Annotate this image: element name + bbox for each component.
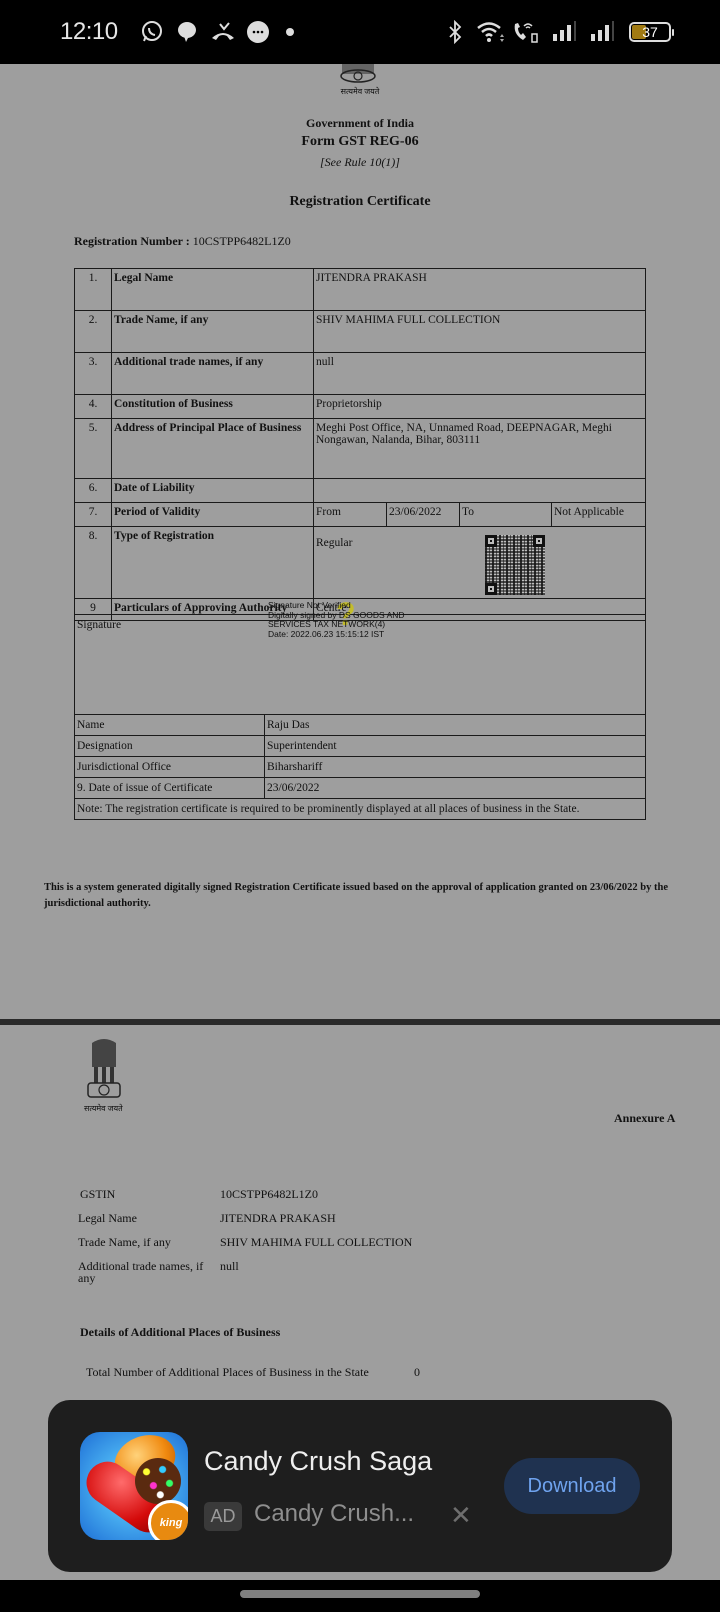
sign-key: 9. Date of issue of Certificate xyxy=(75,778,265,799)
row-value: Proprietorship xyxy=(314,395,646,419)
validity-from: 23/06/2022 xyxy=(387,503,460,527)
battery-level: 37 xyxy=(642,24,658,40)
row-number: 1. xyxy=(75,269,112,311)
row-value xyxy=(314,479,646,503)
candy-crush-app-icon[interactable]: king xyxy=(80,1432,188,1540)
annexure-label: Annexure A xyxy=(614,1111,675,1126)
table-row: Note: The registration certificate is re… xyxy=(75,799,646,820)
sign-value: Superintendent xyxy=(265,736,646,757)
clock: 12:10 xyxy=(60,18,118,46)
qr-finder xyxy=(485,535,497,547)
field-value: SHIV MAHIMA FULL COLLECTION xyxy=(220,1235,412,1250)
row-number: 3. xyxy=(75,353,112,395)
download-button[interactable]: Download xyxy=(504,1458,640,1514)
close-icon[interactable]: ✕ xyxy=(450,1500,472,1530)
table-row: 6. Date of Liability xyxy=(75,479,646,503)
row-value: JITENDRA PRAKASH xyxy=(314,269,646,311)
ad-subtitle: Candy Crush... xyxy=(254,1500,414,1528)
table-row: 5. Address of Principal Place of Busines… xyxy=(75,419,646,479)
table-row: 9. Date of issue of Certificate 23/06/20… xyxy=(75,778,646,799)
signature-date: Date: 2022.06.23 15:15:12 IST xyxy=(268,630,405,640)
table-row: Jurisdictional Office Biharshariff xyxy=(75,757,646,778)
registration-number: Registration Number : 10CSTPP6482L1Z0 xyxy=(74,234,291,249)
row-number: 6. xyxy=(75,479,112,503)
row-number: 2. xyxy=(75,311,112,353)
row-label: Additional trade names, if any xyxy=(112,353,314,395)
national-emblem-icon xyxy=(82,1037,126,1101)
dot-icon xyxy=(286,28,294,36)
row-label: Constitution of Business xyxy=(112,395,314,419)
bluetooth-icon xyxy=(448,20,462,44)
table-row: 8. Type of Registration Regular xyxy=(75,527,646,599)
qr-code xyxy=(485,535,545,595)
certificate-title: Registration Certificate xyxy=(0,194,720,210)
field-value: null xyxy=(220,1260,239,1272)
form-title: Form GST REG-06 xyxy=(0,134,720,150)
rule-reference: [See Rule 10(1)] xyxy=(0,155,720,170)
row-label: Date of Liability xyxy=(112,479,314,503)
sign-value: 23/06/2022 xyxy=(265,778,646,799)
qr-finder xyxy=(485,583,497,595)
wifi-icon xyxy=(476,20,506,44)
whatsapp-icon xyxy=(140,20,164,44)
emblem-caption: सत्यमेव जयते xyxy=(84,1103,123,1114)
system-generated-note: This is a system generated digitally sig… xyxy=(44,880,684,912)
row-label: Period of Validity xyxy=(112,503,314,527)
qr-finder xyxy=(533,535,545,547)
ad-banner[interactable]: king Candy Crush Saga AD Candy Crush... … xyxy=(48,1400,672,1572)
table-row: 7. Period of Validity From 23/06/2022 To… xyxy=(75,503,646,527)
field-key: Legal Name xyxy=(78,1211,218,1226)
row-value: null xyxy=(314,353,646,395)
row-label: Address of Principal Place of Business xyxy=(112,419,314,479)
certificate-table: 1. Legal Name JITENDRA PRAKASH 2. Trade … xyxy=(74,268,646,621)
home-gesture-handle[interactable] xyxy=(240,1590,480,1598)
row-label: Trade Name, if any xyxy=(112,311,314,353)
row-number: 5. xyxy=(75,419,112,479)
additional-places-heading: Details of Additional Places of Business xyxy=(80,1325,280,1340)
row-number: 7. xyxy=(75,503,112,527)
ad-app-name[interactable]: Candy Crush Saga xyxy=(204,1446,432,1477)
sign-value: Raju Das xyxy=(265,715,646,736)
candy-chocolate-icon xyxy=(135,1458,181,1504)
status-bar: 12:10 37 xyxy=(0,0,720,64)
pdf-viewer[interactable]: सत्यमेव जयते Government of India Form GS… xyxy=(0,64,720,1580)
emblem-caption: सत्यमेव जयते xyxy=(0,86,720,97)
signal-icon xyxy=(590,20,616,44)
validity-from-label: From xyxy=(314,503,387,527)
messages-icon xyxy=(246,20,270,44)
digital-signature-stamp[interactable]: Signature Not Verified Digitally signed … xyxy=(268,601,405,639)
row-label: Legal Name xyxy=(112,269,314,311)
navigation-bar xyxy=(0,1580,720,1612)
signal-icon xyxy=(552,20,578,44)
wifi-calling-icon xyxy=(512,20,542,44)
battery-indicator: 37 xyxy=(629,22,671,42)
government-heading: Government of India xyxy=(0,116,720,131)
table-row: Designation Superintendent xyxy=(75,736,646,757)
validity-to-label: To xyxy=(460,503,552,527)
field-key: GSTIN xyxy=(80,1187,220,1202)
row-number: 8. xyxy=(75,527,112,599)
field-key: Trade Name, if any xyxy=(78,1235,218,1250)
registration-number-label: Registration Number : xyxy=(74,234,190,248)
missed-call-icon xyxy=(210,20,236,44)
table-row: 1. Legal Name JITENDRA PRAKASH xyxy=(75,269,646,311)
table-row: 3. Additional trade names, if any null xyxy=(75,353,646,395)
document-page-1: सत्यमेव जयते Government of India Form GS… xyxy=(0,64,720,1020)
signature-table: Signature Name Raju Das Designation Supe… xyxy=(74,614,646,820)
additional-places-label: Total Number of Additional Places of Bus… xyxy=(86,1365,369,1380)
field-key: Additional trade names, if any xyxy=(78,1260,208,1284)
king-logo-icon: king xyxy=(148,1500,188,1540)
field-value: 10CSTPP6482L1Z0 xyxy=(220,1187,318,1202)
field-value: JITENDRA PRAKASH xyxy=(220,1211,336,1226)
chat-bubble-icon xyxy=(176,20,198,44)
table-row: 2. Trade Name, if any SHIV MAHIMA FULL C… xyxy=(75,311,646,353)
row-value: Regular xyxy=(314,527,646,599)
validity-to: Not Applicable xyxy=(552,503,646,527)
table-row: Name Raju Das xyxy=(75,715,646,736)
ad-label-badge: AD xyxy=(204,1502,242,1531)
sign-key: Designation xyxy=(75,736,265,757)
sign-key: Jurisdictional Office xyxy=(75,757,265,778)
row-value: Meghi Post Office, NA, Unnamed Road, DEE… xyxy=(314,419,646,479)
display-note: Note: The registration certificate is re… xyxy=(75,799,646,820)
registration-number-value: 10CSTPP6482L1Z0 xyxy=(193,234,291,248)
additional-places-count: 0 xyxy=(414,1365,420,1380)
table-row: 4. Constitution of Business Proprietorsh… xyxy=(75,395,646,419)
row-value: SHIV MAHIMA FULL COLLECTION xyxy=(314,311,646,353)
sign-key: Name xyxy=(75,715,265,736)
row-label: Type of Registration xyxy=(112,527,314,599)
row-number: 4. xyxy=(75,395,112,419)
sign-value: Biharshariff xyxy=(265,757,646,778)
